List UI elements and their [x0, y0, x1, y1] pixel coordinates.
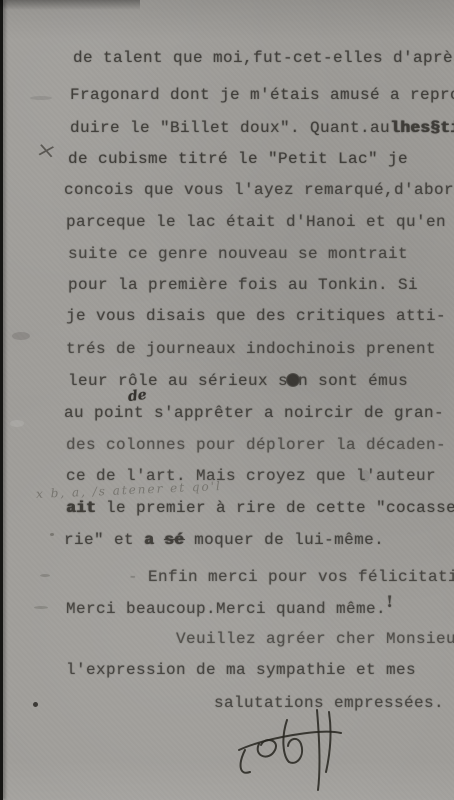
typed-segment: concois que vous l'ayez remarqué,d'abord [64, 181, 454, 199]
typed-line: pour la première fois au Tonkin. Si [68, 274, 418, 296]
typed-line: je vous disais que des critiques atti- [66, 305, 446, 327]
typed-line: - Enfin merci pour vos félicitations [128, 566, 454, 588]
ink-dot [50, 533, 54, 536]
typed-segment: Fragonard dont je m'étais amusé a repro [70, 86, 454, 104]
typed-line: ait le premier à rire de cette "cocasse [66, 497, 454, 519]
typed-segment: trés de journeaux indochinois prenent [66, 340, 436, 358]
typed-segment: e [288, 372, 298, 390]
scan-corner-shadow [0, 0, 140, 10]
typed-line: duire le "Billet doux". Quant.aulhes§ti [70, 117, 454, 139]
typed-segment: rie" et [64, 531, 144, 549]
paper-smudge [34, 606, 48, 609]
typed-line: de cubisme titré le "Petit Lac" je [68, 148, 408, 170]
scan-left-edge [0, 0, 3, 800]
typed-segment: Enfin merci pour vos félicitations [148, 568, 454, 586]
typed-line: rie" et a sé moquer de lui-même. [64, 529, 384, 551]
ink-dot [33, 702, 38, 707]
typed-segment: parceque le lac était d'Hanoi et qu'en [66, 213, 446, 231]
typed-line: Fragonard dont je m'étais amusé a repro [70, 84, 454, 106]
typed-segment: de cubisme titré le "Petit Lac" je [68, 150, 408, 168]
typed-line: leur rôle au sérieux sen sont émus [68, 370, 408, 392]
typed-segment: n sont émus [298, 372, 408, 390]
typed-segment: lhes§ti [390, 119, 454, 137]
typed-segment: Veuillez agréer cher Monsieu [176, 630, 454, 648]
paper-smudge [12, 332, 30, 340]
typed-segment: a [144, 531, 154, 549]
typed-segment: je vous disais que des critiques atti- [66, 307, 446, 325]
typed-segment: le premier à rire de cette "cocasse [96, 499, 454, 517]
typed-line: trés de journeaux indochinois prenent [66, 338, 436, 360]
paper-smudge [30, 96, 52, 100]
typed-segment: des colonnes pour déplorer la décaden- [66, 436, 446, 454]
typed-line: des colonnes pour déplorer la décaden- [66, 434, 446, 456]
typed-line: Veuillez agréer cher Monsieu [176, 628, 454, 650]
pencil-x-mark: × [34, 136, 59, 163]
typed-segment: l'expression de ma sympathie et mes [66, 661, 416, 679]
typed-segment: - [128, 568, 148, 586]
typed-segment: duire le "Billet doux". Quant.au [70, 119, 390, 137]
typed-segment: leur rôle au sérieux s [68, 372, 288, 390]
typed-segment: ait [66, 499, 96, 517]
typed-segment: pour la première fois au Tonkin. Si [68, 276, 418, 294]
typed-segment: de talent que moi,fut-cet-elles d'après [73, 49, 454, 67]
typed-segment: ! [386, 592, 393, 611]
typed-line: suite ce genre nouveau se montrait [68, 243, 408, 265]
typed-line: Merci beaucoup.Merci quand même.! [66, 597, 394, 620]
typed-line: au point s'apprêter a noircir de gran- [64, 402, 444, 424]
typed-line: parceque le lac était d'Hanoi et qu'en [66, 211, 446, 233]
typed-line: l'expression de ma sympathie et mes [66, 659, 416, 681]
typed-segment: Merci beaucoup.Merci quand même. [66, 600, 386, 618]
typed-line: concois que vous l'ayez remarqué,d'abord [64, 179, 454, 201]
signature [225, 700, 365, 795]
typed-segment: suite ce genre nouveau se montrait [68, 245, 408, 263]
handwritten-insert-de: de [127, 387, 148, 405]
typed-segment: sé [164, 531, 184, 549]
typed-segment [154, 531, 164, 549]
paper-smudge [10, 420, 24, 427]
letter-page: de talent que moi,fut-cet-elles d'aprèsF… [0, 0, 454, 800]
paper-smudge [40, 574, 50, 577]
typed-segment: au point s'apprêter a noircir de gran- [64, 404, 444, 422]
typed-line: de talent que moi,fut-cet-elles d'après [73, 47, 454, 69]
typed-segment: moquer de lui-même. [184, 531, 384, 549]
